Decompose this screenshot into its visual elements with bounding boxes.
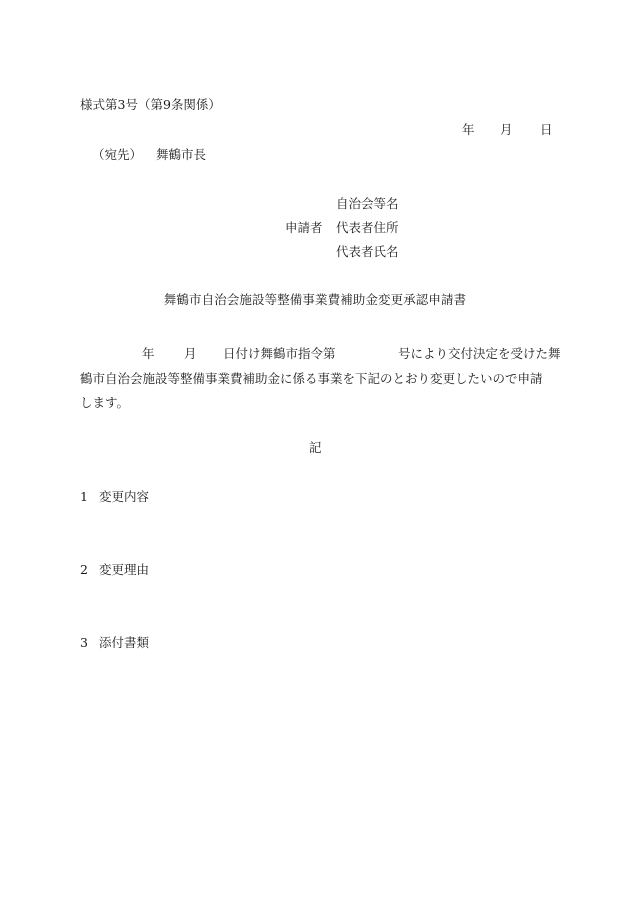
form-number: 様式第3号（第9条関係） — [80, 97, 221, 113]
body-paragraph: 年 月 日付け舞鶴市指令第 号により交付決定を受けた舞 鶴市自治会施設等整備事業… — [80, 342, 552, 416]
date-month-label: 月 — [500, 122, 513, 138]
date-day-label: 日 — [540, 122, 553, 138]
applicant-role-label: 申請者 — [285, 220, 323, 236]
item-number: 1 — [80, 489, 99, 505]
item-attachments: 3添付書類 — [80, 635, 149, 651]
item-change-content: 1変更内容 — [80, 489, 149, 505]
applicant-field-representative-name: 代表者氏名 — [336, 244, 399, 260]
body-month-label: 月 — [184, 342, 197, 367]
addressee: （宛先）舞鶴市長 — [92, 147, 206, 163]
document-title: 舞鶴市自治会施設等整備事業費補助金変更承認申請書 — [0, 292, 630, 308]
applicant-field-representative-address: 代表者住所 — [336, 220, 399, 236]
body-line-1: 年 月 日付け舞鶴市指令第 号により交付決定を受けた舞 — [80, 342, 552, 367]
body-year-label: 年 — [142, 342, 155, 367]
item-label: 変更理由 — [99, 562, 149, 577]
body-number-reference: 号により交付決定を受けた舞 — [398, 342, 561, 367]
item-label: 添付書類 — [99, 635, 149, 650]
addressee-prefix: （宛先） — [92, 147, 142, 162]
item-change-reason: 2変更理由 — [80, 562, 149, 578]
body-day-reference: 日付け舞鶴市指令第 — [223, 342, 336, 367]
item-number: 3 — [80, 635, 99, 651]
applicant-field-association-name: 自治会等名 — [336, 196, 399, 212]
body-line-2-text: 鶴市自治会施設等整備事業費補助金に係る事業を下記のとおり変更したいので申請 — [80, 367, 543, 392]
body-line-2: 鶴市自治会施設等整備事業費補助金に係る事業を下記のとおり変更したいので申請 — [80, 367, 552, 392]
body-line-3-text: します。 — [80, 391, 129, 416]
item-label: 変更内容 — [99, 489, 149, 504]
item-number: 2 — [80, 562, 99, 578]
document-title-text: 舞鶴市自治会施設等整備事業費補助金変更承認申請書 — [164, 292, 466, 307]
body-line-3: します。 — [80, 391, 552, 416]
addressee-name: 舞鶴市長 — [156, 147, 206, 162]
date-year-label: 年 — [462, 122, 475, 138]
ki-heading: 記 — [309, 440, 322, 456]
